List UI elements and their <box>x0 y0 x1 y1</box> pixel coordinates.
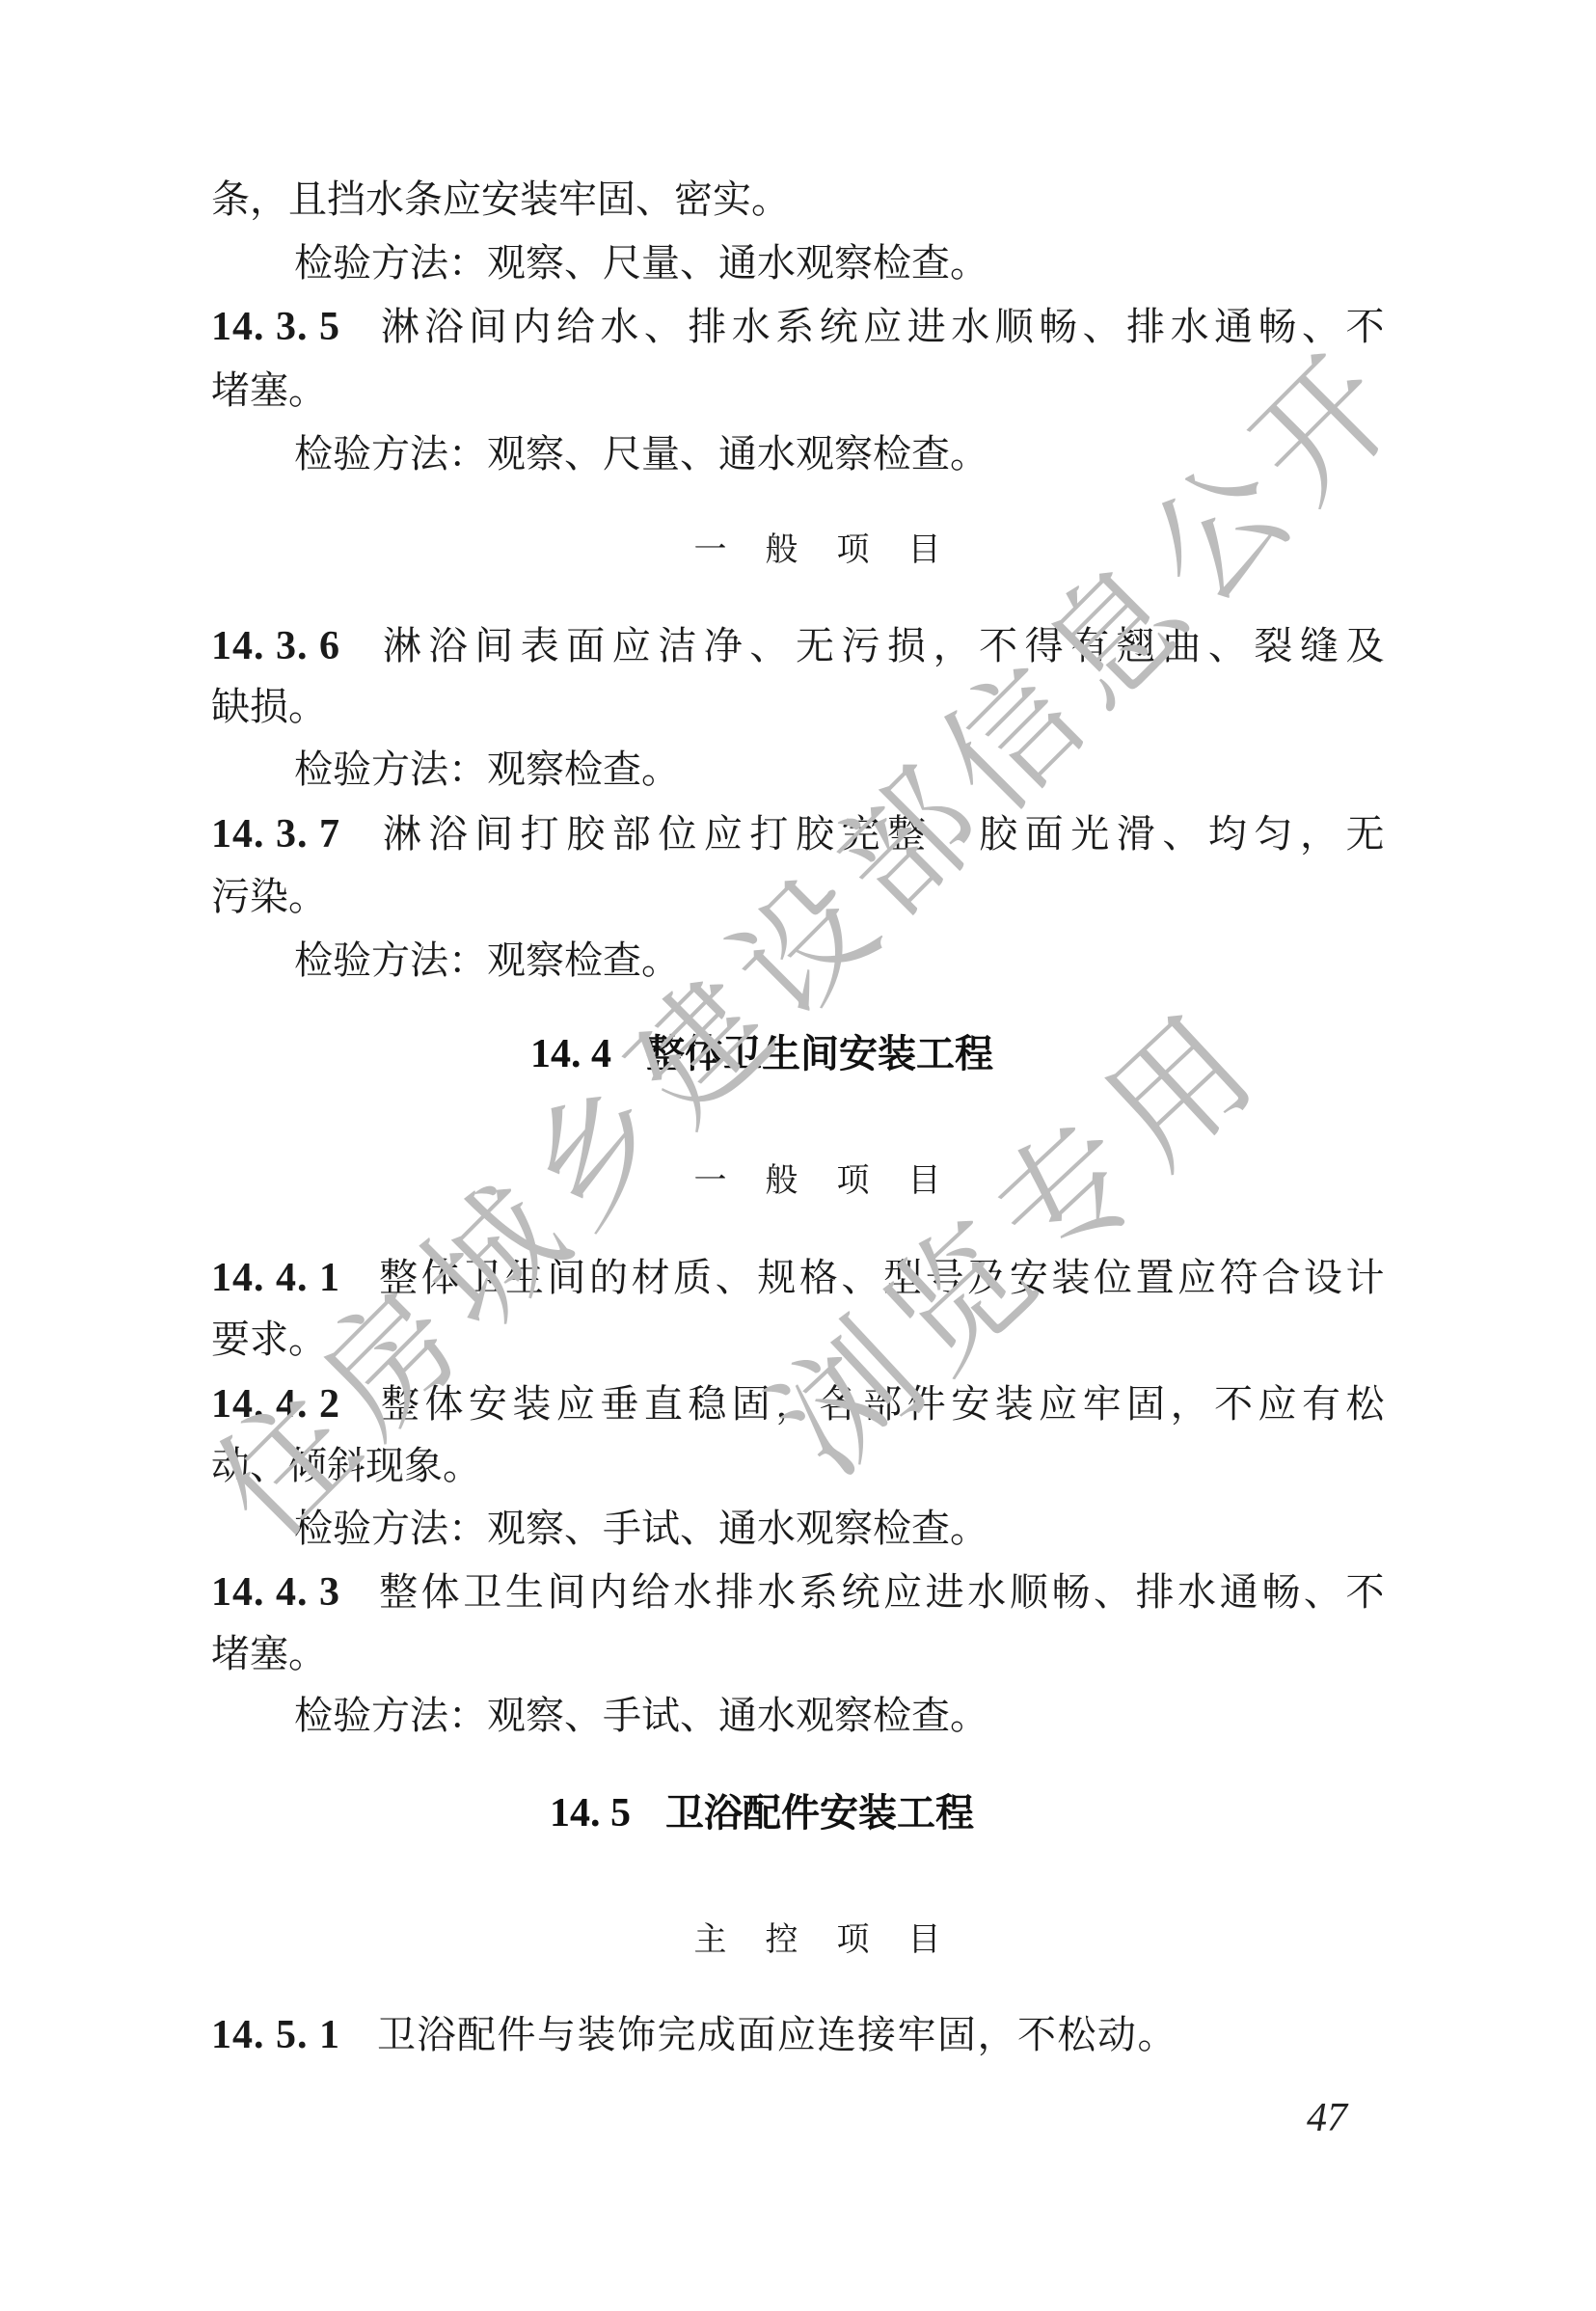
paragraph-continuation: 缺损。 <box>211 675 1386 739</box>
clause-number: 14. 4. 2 <box>211 1373 377 1436</box>
paragraph-continuation: 堵塞。 <box>211 1622 1386 1686</box>
inspection-method: 检验方法：观察、手试、通水观察检查。 <box>294 1684 1386 1748</box>
paragraph-continuation: 条，且挡水条应安装牢固、密实。 <box>211 168 1386 231</box>
clause-number: 14. 4. 3 <box>211 1561 377 1624</box>
clause-14-3-5: 14. 3. 5淋浴间内给水、排水系统应进水顺畅、排水通畅、不 <box>211 295 1386 359</box>
clause-14-4-3: 14. 4. 3整体卫生间内给水排水系统应进水顺畅、排水通畅、不 <box>211 1561 1386 1624</box>
subheading-main-control-items: 主控项目 <box>0 1911 1596 1969</box>
inspection-method: 检验方法：观察检查。 <box>294 929 1386 992</box>
clause-text: 整体安装应垂直稳固，各部件安装应牢固，不应有松 <box>377 1382 1386 1427</box>
subheading-general-items: 一般项目 <box>0 521 1596 579</box>
clause-14-4-2: 14. 4. 2整体安装应垂直稳固，各部件安装应牢固，不应有松 <box>211 1373 1386 1436</box>
section-heading: 整体卫生间安装工程 <box>646 1032 993 1076</box>
inspection-method: 检验方法：观察检查。 <box>294 738 1386 802</box>
inspection-method: 检验方法：观察、尺量、通水观察检查。 <box>294 422 1386 486</box>
document-page: 条，且挡水条应安装牢固、密实。 检验方法：观察、尺量、通水观察检查。 14. 3… <box>0 0 1596 2311</box>
subheading-general-items: 一般项目 <box>0 1152 1596 1210</box>
clause-14-5-1: 14. 5. 1卫浴配件与装饰完成面应连接牢固，不松动。 <box>211 2003 1386 2067</box>
clause-number: 14. 3. 7 <box>211 802 377 866</box>
page-number: 47 <box>1307 2095 1347 2141</box>
clause-14-3-7: 14. 3. 7淋浴间打胶部位应打胶完整、胶面光滑、均匀，无 <box>211 802 1386 866</box>
clause-number: 14. 4. 1 <box>211 1246 377 1310</box>
clause-text: 卫浴配件与装饰完成面应连接牢固，不松动。 <box>377 2013 1177 2057</box>
inspection-method: 检验方法：观察、尺量、通水观察检查。 <box>294 231 1386 295</box>
clause-text: 整体卫生间内给水排水系统应进水顺畅、排水通畅、不 <box>377 1570 1386 1615</box>
section-number: 14. 4 <box>530 1032 611 1076</box>
clause-14-3-6: 14. 3. 6淋浴间表面应洁净、无污损，不得有翘曲、裂缝及 <box>211 614 1386 678</box>
clause-number: 14. 5. 1 <box>211 2003 377 2067</box>
paragraph-continuation: 动、倾斜现象。 <box>211 1434 1386 1498</box>
clause-14-4-1: 14. 4. 1整体卫生间的材质、规格、型号及安装位置应符合设计 <box>211 1246 1386 1310</box>
section-heading: 卫浴配件安装工程 <box>665 1791 974 1835</box>
section-title-14-4: 14. 4整体卫生间安装工程 <box>0 1025 1524 1083</box>
clause-number: 14. 3. 5 <box>211 295 377 359</box>
paragraph-continuation: 污染。 <box>211 865 1386 929</box>
clause-text: 淋浴间打胶部位应打胶完整、胶面光滑、均匀，无 <box>377 812 1386 856</box>
section-number: 14. 5 <box>550 1791 631 1835</box>
clause-text: 淋浴间内给水、排水系统应进水顺畅、排水通畅、不 <box>377 305 1386 349</box>
section-title-14-5: 14. 5卫浴配件安装工程 <box>0 1784 1524 1842</box>
clause-number: 14. 3. 6 <box>211 614 377 678</box>
clause-text: 淋浴间表面应洁净、无污损，不得有翘曲、裂缝及 <box>377 624 1386 668</box>
paragraph-continuation: 堵塞。 <box>211 359 1386 422</box>
paragraph-continuation: 要求。 <box>211 1308 1386 1372</box>
clause-text: 整体卫生间的材质、规格、型号及安装位置应符合设计 <box>377 1256 1386 1300</box>
inspection-method: 检验方法：观察、手试、通水观察检查。 <box>294 1497 1386 1561</box>
